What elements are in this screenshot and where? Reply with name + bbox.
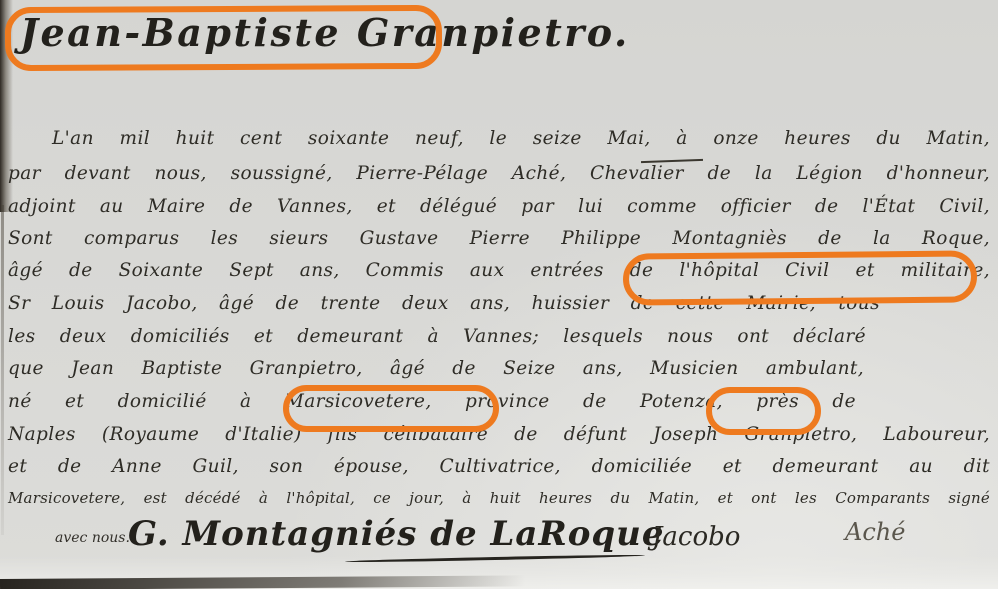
highlight-box-province	[706, 387, 821, 435]
text-line: Sont comparus les sieurs Gustave Pierre …	[8, 228, 990, 249]
text-line: que Jean Baptiste Granpietro, âgé de Sei…	[8, 358, 864, 379]
text-line: et de Anne Guil, son épouse, Cultivatric…	[8, 456, 990, 477]
text-line: par devant nous, soussigné, Pierre-Pélag…	[8, 163, 990, 184]
signature-montagnies: G. Montagniés de LaRoque	[128, 514, 665, 554]
text-line: L'an mil huit cent soixante neuf, le sei…	[52, 128, 990, 149]
text-line: Naples (Royaume d'Italie) fils célibatai…	[8, 424, 990, 445]
closing-text: avec nous.	[55, 530, 130, 546]
text-line: adjoint au Maire de Vannes, et délégué p…	[8, 196, 990, 217]
scan-edge-left-faint	[1, 205, 4, 535]
signature-ache: Aché	[845, 518, 905, 546]
text-line: Marsicovetere, est décédé à l'hôpital, c…	[8, 489, 990, 507]
text-line: les deux domiciliés et demeurant à Vanne…	[8, 326, 866, 347]
signature-jacobo: Jacobo	[652, 522, 740, 552]
scanned-civil-record: Jean-Baptiste Granpietro. L'an mil huit …	[0, 0, 998, 589]
highlight-box-name-title	[5, 5, 442, 71]
highlight-box-birthplace	[283, 385, 499, 432]
highlight-box-hospital	[623, 250, 977, 305]
